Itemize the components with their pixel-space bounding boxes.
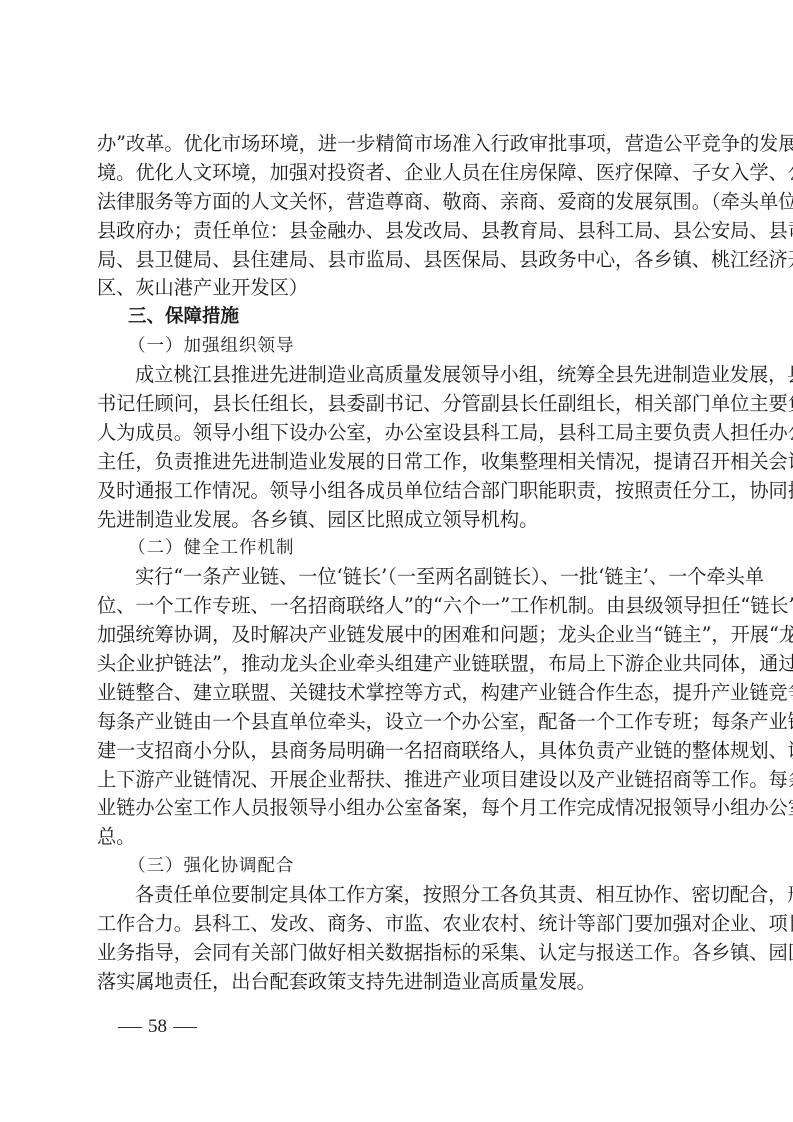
- text-line: 县政府办；责任单位：县金融办、县发改局、县教育局、县科工局、县公安局、县司法: [97, 217, 698, 246]
- text-line: 建一支招商小分队，县商务局明确一名招商联络人，具体负责产业链的整体规划、调研: [97, 737, 698, 766]
- text-line: 各责任单位要制定具体工作方案，按照分工各负其责、相互协作、密切配合，形成: [97, 881, 698, 910]
- page-content: 办”改革。优化市场环境，进一步精简市场准入行政审批事项，营造公平竞争的发展环 境…: [97, 130, 698, 997]
- text-line: 加强统筹协调，及时解决产业链发展中的困难和问题；龙头企业当“链主”，开展“龙: [97, 621, 698, 650]
- text-line: 书记任顾问，县长任组长，县委副书记、分管副县长任副组长，相关部门单位主要负责: [97, 390, 698, 419]
- text-line: 人为成员。领导小组下设办公室，办公室设县科工局，县科工局主要负责人担任办公室: [97, 419, 698, 448]
- text-line: 实行“一条产业链、一位‘链长’（一至两名副链长）、一批‘链主’、一个牵头单: [97, 563, 698, 592]
- page-number: 58: [148, 1016, 167, 1038]
- text-line: 区、灰山港产业开发区）: [97, 274, 698, 303]
- text-line: 总。: [97, 823, 698, 852]
- subsection-heading: （一）加强组织领导: [97, 332, 698, 361]
- text-line: 法律服务等方面的人文关怀，营造尊商、敬商、亲商、爱商的发展氛围。（牵头单位：: [97, 188, 698, 217]
- paragraph-continued: 办”改革。优化市场环境，进一步精简市场准入行政审批事项，营造公平竞争的发展环 境…: [97, 130, 698, 303]
- text-line: 头企业护链法”，推动龙头企业牵头组建产业链联盟，布局上下游企业共同体，通过产: [97, 650, 698, 679]
- text-line: 先进制造业发展。各乡镇、园区比照成立领导机构。: [97, 506, 698, 535]
- paragraph: 成立桃江县推进先进制造业高质量发展领导小组，统筹全县先进制造业发展，县委 书记任…: [97, 361, 698, 534]
- text-line: 境。优化人文环境，加强对投资者、企业人员在住房保障、医疗保障、子女入学、公共: [97, 159, 698, 188]
- text-line: 及时通报工作情况。领导小组各成员单位结合部门职能职责，按照责任分工，协同推进: [97, 477, 698, 506]
- text-line: 每条产业链由一个县直单位牵头，设立一个办公室，配备一个工作专班；每条产业链组: [97, 708, 698, 737]
- text-line: 落实属地责任，出台配套政策支持先进制造业高质量发展。: [97, 968, 698, 997]
- text-line: 主任，负责推进先进制造业发展的日常工作，收集整理相关情况，提请召开相关会议，: [97, 448, 698, 477]
- text-line: 成立桃江县推进先进制造业高质量发展领导小组，统筹全县先进制造业发展，县委: [97, 361, 698, 390]
- text-line: 局、县卫健局、县住建局、县市监局、县医保局、县政务中心，各乡镇、桃江经济开发: [97, 246, 698, 275]
- text-line: 工作合力。县科工、发改、商务、市监、农业农村、统计等部门要加强对企业、项目的: [97, 910, 698, 939]
- section-heading: 三、保障措施: [97, 303, 698, 332]
- paragraph: 各责任单位要制定具体工作方案，按照分工各负其责、相互协作、密切配合，形成 工作合…: [97, 881, 698, 997]
- subsection-heading: （二）健全工作机制: [97, 534, 698, 563]
- document-page: 办”改革。优化市场环境，进一步精简市场准入行政审批事项，营造公平竞争的发展环 境…: [0, 0, 793, 1122]
- dash-left: [118, 1027, 142, 1028]
- subsection-heading: （三）强化协调配合: [97, 852, 698, 881]
- text-line: 上下游产业链情况、开展企业帮扶、推进产业项目建设以及产业链招商等工作。每条产: [97, 766, 698, 795]
- text-line: 办”改革。优化市场环境，进一步精简市场准入行政审批事项，营造公平竞争的发展环: [97, 130, 698, 159]
- paragraph: 实行“一条产业链、一位‘链长’（一至两名副链长）、一批‘链主’、一个牵头单 位、…: [97, 563, 698, 852]
- text-line: 位、一个工作专班、一名招商联络人”的“六个一”工作机制。由县级领导担任“链长”，: [97, 592, 698, 621]
- text-line: 业链整合、建立联盟、关键技术掌控等方式，构建产业链合作生态，提升产业链竞争力；: [97, 679, 698, 708]
- dash-right: [173, 1027, 197, 1028]
- text-line: 业链办公室工作人员报领导小组办公室备案，每个月工作完成情况报领导小组办公室汇: [97, 794, 698, 823]
- text-line: 业务指导，会同有关部门做好相关数据指标的采集、认定与报送工作。各乡镇、园区要: [97, 939, 698, 968]
- page-footer: 58: [118, 1016, 197, 1038]
